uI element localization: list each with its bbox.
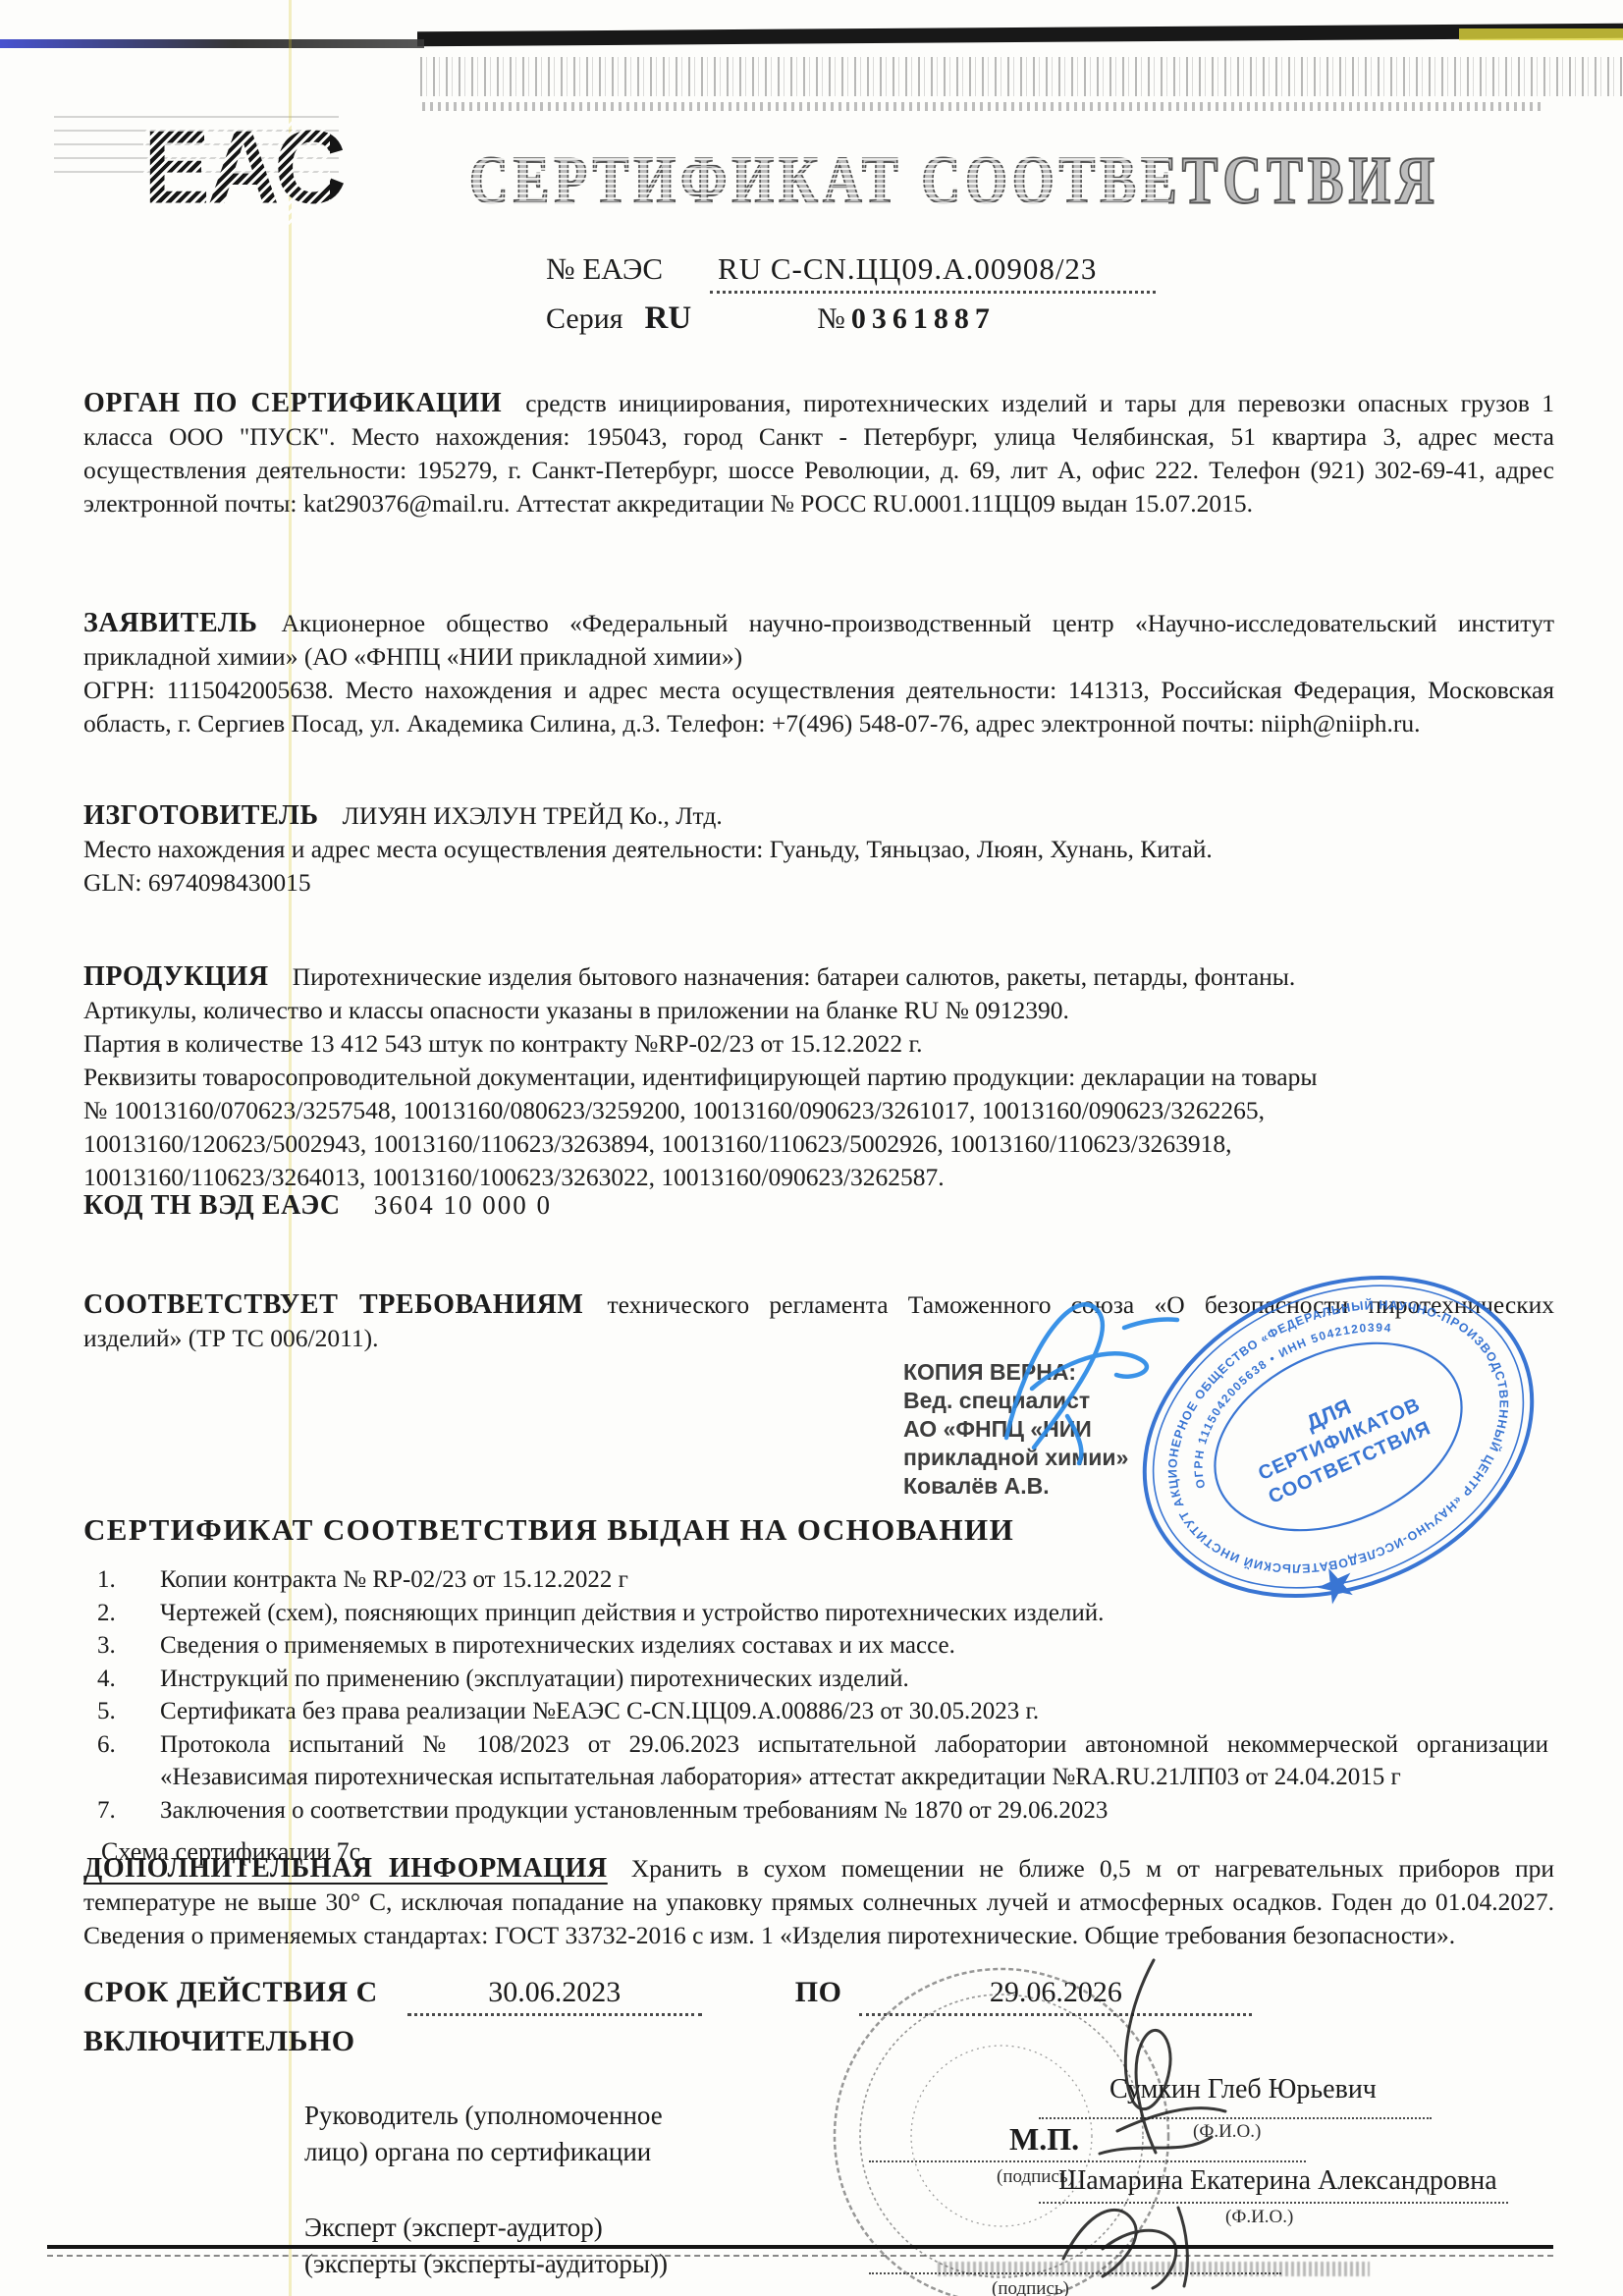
applicant-ogrn-text: ОГРН: 1115042005638. Место нахождения и …	[83, 674, 1554, 740]
additional-info-section: ДОПОЛНИТЕЛЬНАЯ ИНФОРМАЦИЯХранить в сухом…	[83, 1852, 1554, 1952]
production-text2: Артикулы, количество и классы опасности …	[83, 994, 1554, 1027]
basis-item: 2.Чертежей (схем), поясняющих принцип де…	[83, 1597, 1556, 1630]
scan-microtext	[938, 2262, 1370, 2276]
tnved-heading: КОД ТН ВЭД ЕАЭС	[83, 1190, 341, 1221]
series-label: Серия	[546, 302, 623, 335]
certificate-number-line: № ЕАЭСRU C-CN.ЦЦ09.А.00908/23	[546, 251, 1156, 287]
expert-role-line2: (эксперты (эксперты-аудиторы))	[304, 2246, 668, 2282]
basis-item-number: 6.	[83, 1728, 160, 1794]
basis-item-text: Сертификата без права реализации №ЕАЭС C…	[160, 1695, 1556, 1728]
basis-item-number: 7.	[83, 1794, 160, 1828]
basis-item-number: 5.	[83, 1695, 160, 1728]
declaration-numbers: 10013160/120623/5002943, 10013160/110623…	[83, 1127, 1554, 1161]
basis-item: 4.Инструкций по применению (эксплуатации…	[83, 1663, 1556, 1696]
scan-noise-band	[417, 24, 1623, 47]
scan-grain	[422, 102, 1542, 111]
basis-item-text: Копии контракта № RP-02/23 от 15.12.2022…	[160, 1563, 1556, 1597]
basis-item: 5.Сертификата без права реализации №ЕАЭС…	[83, 1695, 1556, 1728]
basis-list: 1.Копии контракта № RP-02/23 от 15.12.20…	[83, 1563, 1556, 1869]
production-text4: Реквизиты товаросопроводительной докумен…	[83, 1061, 1554, 1094]
basis-item-text: Заключения о соответствии продукции уста…	[160, 1794, 1556, 1828]
scan-grain	[420, 57, 1623, 96]
basis-item-number: 2.	[83, 1597, 160, 1630]
basis-item: 1.Копии контракта № RP-02/23 от 15.12.20…	[83, 1563, 1556, 1597]
production-section: ПРОДУКЦИЯПиротехнические изделия бытовог…	[83, 960, 1554, 1194]
tnved-value: 3604 10 000 0	[374, 1190, 552, 1220]
copy-note-line: Ковалёв А.В.	[903, 1472, 1128, 1501]
production-heading: ПРОДУКЦИЯ	[83, 961, 269, 992]
fio-caption: (Ф.И.О.)	[1225, 2207, 1293, 2228]
head-signature-scribble	[1060, 1952, 1242, 2183]
validity-from-date: 30.06.2023	[407, 1976, 702, 2016]
applicant-text: Акционерное общество «Федеральный научно…	[83, 609, 1554, 671]
basis-item-text: Сведения о применяемых в пиротехнических…	[160, 1629, 1556, 1663]
validity-inclusive-label: ВКЛЮЧИТЕЛЬНО	[83, 2025, 355, 2058]
manufacturer-section: ИЗГОТОВИТЕЛЬЛИУЯН ИХЭЛУН ТРЕЙД Ко., Лтд.…	[83, 799, 1554, 900]
basis-item: 3.Сведения о применяемых в пиротехническ…	[83, 1629, 1556, 1663]
basis-item-number: 4.	[83, 1663, 160, 1696]
validity-from-label: СРОК ДЕЙСТВИЯ С	[83, 1976, 378, 2008]
blank-number-value: 0361887	[851, 302, 996, 335]
declaration-numbers: № 10013160/070623/3257548, 10013160/0806…	[83, 1094, 1554, 1127]
additional-info-heading: ДОПОЛНИТЕЛЬНАЯ ИНФОРМАЦИЯ	[83, 1853, 608, 1884]
basis-item-text: Чертежей (схем), поясняющих принцип дейс…	[160, 1597, 1556, 1630]
basis-item-text: Протокола испытаний № 108/2023 от 29.06.…	[160, 1728, 1556, 1794]
certificate-title: СЕРТИФИКАТ СООТВЕТСТВИЯ	[469, 141, 1157, 219]
expert-role-line1: Эксперт (эксперт-аудитор)	[304, 2210, 668, 2246]
blank-number-label: №	[817, 302, 845, 335]
conformity-heading: СООТВЕТСТВУЕТ ТРЕБОВАНИЯМ	[83, 1289, 583, 1320]
tnved-section: КОД ТН ВЭД ЕАЭС3604 10 000 0	[83, 1190, 552, 1222]
series-value: RU	[645, 301, 692, 336]
manufacturer-address: Место нахождения и адрес места осуществл…	[83, 833, 1554, 866]
org-heading: ОРГАН ПО СЕРТИФИКАЦИИ	[83, 388, 502, 418]
production-text1: Пиротехнические изделия бытового назначе…	[293, 962, 1296, 991]
manufacturer-gln: GLN: 6974098430015	[83, 866, 1554, 900]
eac-logo-hatch	[143, 118, 330, 226]
scan-noise-band-left	[0, 39, 424, 48]
basis-item-number: 3.	[83, 1629, 160, 1663]
bottom-border-line2	[47, 2255, 1553, 2257]
applicant-heading: ЗАЯВИТЕЛЬ	[83, 608, 257, 638]
production-text3: Партия в количестве 13 412 543 штук по к…	[83, 1027, 1554, 1061]
expert-signature-scribble	[1049, 2190, 1230, 2293]
manufacturer-name: ЛИУЯН ИХЭЛУН ТРЕЙД Ко., Лтд.	[343, 801, 723, 830]
head-role-line1: Руководитель (уполномоченное	[304, 2098, 663, 2134]
bottom-border-line	[47, 2245, 1553, 2249]
head-role-line2: лицо) органа по сертификации	[304, 2134, 663, 2170]
series-line: СерияRU№0361887	[546, 301, 996, 337]
scan-noise-band-yellow	[1459, 28, 1623, 40]
eac-logo: ЕАС	[143, 118, 330, 226]
applicant-section: ЗАЯВИТЕЛЬАкционерное общество «Федеральн…	[83, 607, 1554, 740]
cert-no-label: № ЕАЭС	[546, 251, 663, 286]
certificate-page: ЕАС СЕРТИФИКАТ СООТВЕТСТВИЯ № ЕАЭСRU C-C…	[0, 0, 1623, 2296]
basis-item-text: Инструкций по применению (эксплуатации) …	[160, 1663, 1556, 1696]
certification-body-section: ОРГАН ПО СЕРТИФИКАЦИИсредств инициирован…	[83, 387, 1554, 520]
head-role-label: Руководитель (уполномоченное лицо) орган…	[304, 2098, 663, 2170]
basis-item: 6.Протокола испытаний № 108/2023 от 29.0…	[83, 1728, 1556, 1794]
declaration-numbers: 10013160/110623/3264013, 10013160/100623…	[83, 1161, 1554, 1194]
basis-item: 7.Заключения о соответствии продукции ус…	[83, 1794, 1556, 1828]
basis-heading: СЕРТИФИКАТ СООТВЕТСТВИЯ ВЫДАН НА ОСНОВАН…	[83, 1512, 1014, 1548]
cert-no-value: RU C-CN.ЦЦ09.А.00908/23	[710, 251, 1156, 294]
basis-item-number: 1.	[83, 1563, 160, 1597]
manufacturer-heading: ИЗГОТОВИТЕЛЬ	[83, 800, 319, 831]
